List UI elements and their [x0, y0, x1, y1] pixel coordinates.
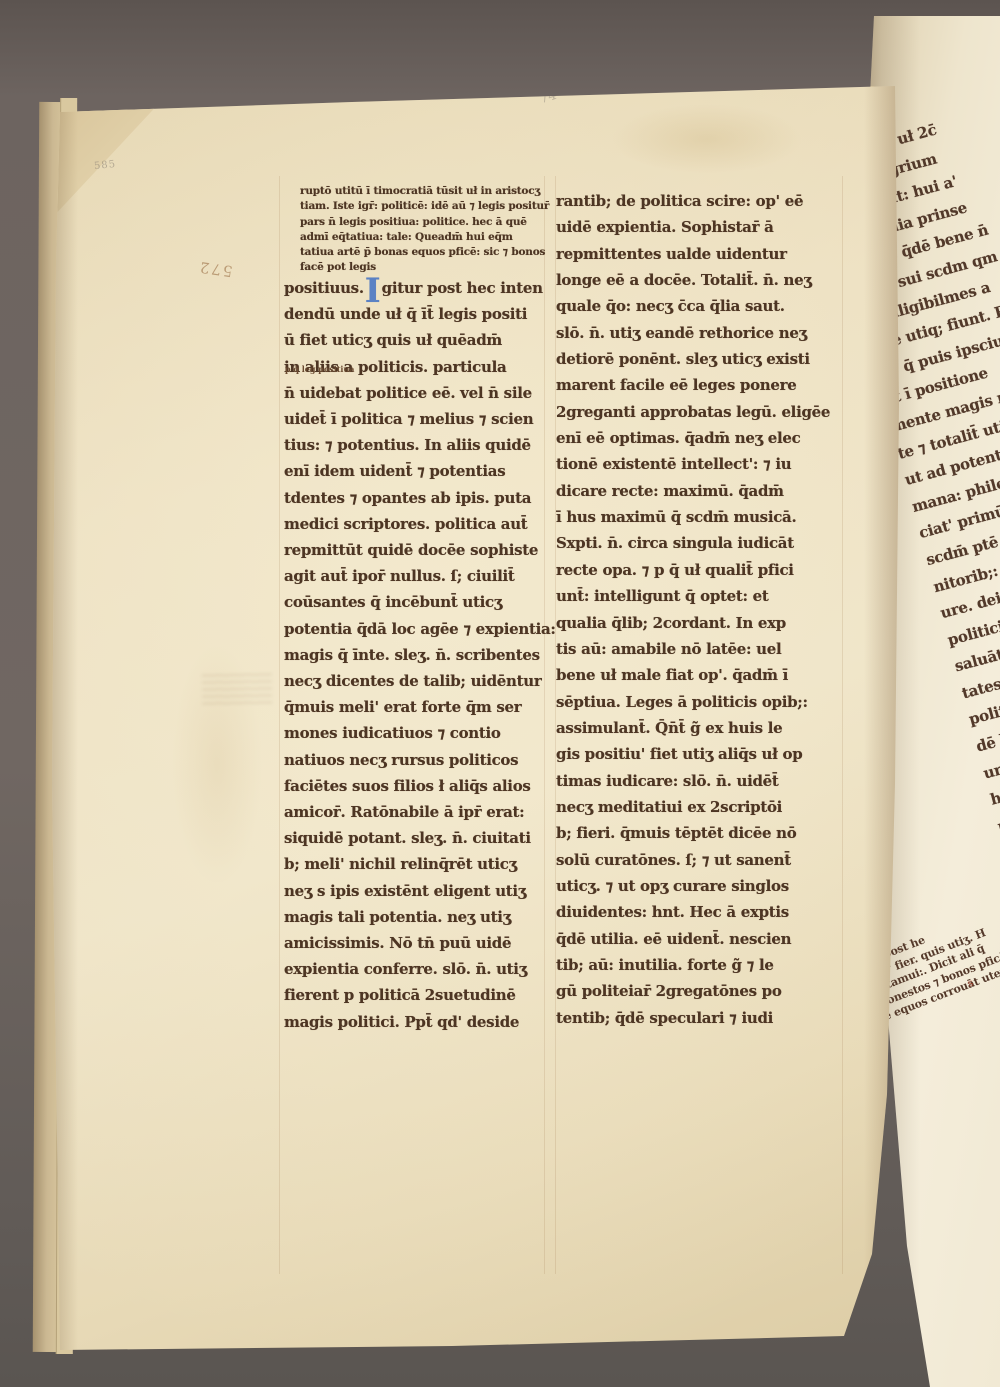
column1: positiuus.Igitur post hec inten dendū un…	[284, 275, 556, 1035]
text-line: q̄dē utilia. eē uident̄. nescien	[556, 926, 830, 952]
text-line: dendū unde uł q̄ īt̄ legis positi	[284, 301, 556, 327]
text-line: necʒ dicentes de talib; uidēntur	[284, 668, 556, 694]
text-line: longe eē a docēe. Totalit̄. n̄. neʒ	[556, 267, 830, 293]
text-line: amicor̄. Ratōnabile ā ipr̄ erat:	[284, 799, 556, 825]
initial-line-before: positiuus.	[284, 279, 364, 297]
parchment-stain	[612, 104, 802, 174]
text-line: magis q̄ īnte. sleʒ. n̄. scribentes	[284, 642, 556, 668]
text-line: ī hus maximū q̄ scdm̄ musicā.	[556, 504, 830, 530]
ink-showthrough	[202, 673, 273, 708]
folio-pencil-number: 74	[538, 88, 558, 107]
text-line: tatiua artē p̄ bonas equos pficē: sic ⁊ …	[300, 245, 549, 260]
text-line: uidet̄ ī politica ⁊ melius ⁊ scien	[284, 406, 556, 432]
text-line: rantib; de politica scire: op' eē	[556, 188, 830, 214]
text-line: slō. n̄. utiʒ eandē rethorice neʒ	[556, 320, 830, 346]
text-line: tdentes ⁊ opantes ab ipis. puta	[284, 485, 556, 511]
text-line: medici scriptores. politica aut̄	[284, 511, 556, 537]
text-line: coūsantes q̄ incēbunt̄ uticʒ	[284, 589, 556, 615]
text-line: necʒ meditatiui ex 2scriptōi	[556, 794, 830, 820]
text-line: diuidentes: hnt. Hec ā exptis	[556, 899, 830, 925]
text-line: Sxpti. n̄. circa singula iudicāt	[556, 530, 830, 556]
text-line: gū politeiar̄ 2gregatōnes po	[556, 978, 830, 1004]
text-line: solū curatōnes. ſ; ⁊ ut sanent̄	[556, 847, 830, 873]
main-folio: 585 572 74 ruptō utitū ī timocratiā tūsi…	[52, 84, 900, 1350]
text-line: b; meli' nichil relinq̄rēt uticʒ	[284, 851, 556, 877]
text-line: detiorē ponēnt. sleʒ uticʒ existi	[556, 346, 830, 372]
text-line: amicissimis. Nō tn̄ puū uidē	[284, 930, 556, 956]
text-line: q̄muis meli' erat forte q̄m ser	[284, 694, 556, 720]
text-line: neʒ s ipis existēnt eligent utiʒ	[284, 878, 556, 904]
text-line: tius: ⁊ potentius. In aliis quidē	[284, 432, 556, 458]
text-line: n̄ uidebat politice eē. vel n̄ sile	[284, 380, 556, 406]
text-line: ruptō utitū ī timocratiā tūsit uł in ari…	[300, 184, 549, 199]
text-line: bene uł male fiat op'. q̄adm̄ ī	[556, 662, 830, 688]
ruling-line	[842, 176, 843, 1274]
text-line-with-initial: positiuus.Igitur post hec inten	[284, 275, 556, 301]
corner-pencil-number: 585	[93, 159, 116, 172]
text-line: repmittentes ualde uidentur	[556, 241, 830, 267]
column1-lines: dendū unde uł q̄ īt̄ legis positiū fiet …	[284, 301, 556, 1035]
inverted-margin-number: 572	[197, 258, 234, 281]
text-line: tionē existentē intellect': ⁊ iu	[556, 451, 830, 477]
interlinear-gloss: p q̄ leḡ positiua	[285, 364, 354, 374]
text-line: natiuos necʒ rursus politicos	[284, 747, 556, 773]
text-line: facē pot legis	[300, 260, 549, 275]
text-line: magis tali potentia. neʒ utiʒ	[284, 904, 556, 930]
text-line: qualia q̄lib; 2cordant. In exp	[556, 610, 830, 636]
text-line: sēptiua. Leges ā politicis opib;:	[556, 689, 830, 715]
text-line: magis politici. Ppt̄ qd' deside	[284, 1009, 556, 1035]
text-line: faciētes suos filios ł aliq̄s alios	[284, 773, 556, 799]
text-line: expientia conferre. slō. n̄. utiʒ	[284, 956, 556, 982]
text-line: potentia q̄dā loc agēe ⁊ expientia:	[284, 616, 556, 642]
text-line: 2greganti approbatas legū. eligēe	[556, 399, 830, 425]
text-line: dicare recte: maximū. q̄adm̄	[556, 478, 830, 504]
column1-small-script: ruptō utitū ī timocratiā tūsit uł in ari…	[300, 184, 549, 276]
manuscript-photo: care q̄ bn̄ uł 2c̄qualis 2griumuncs erit…	[0, 0, 1000, 1387]
text-line: enī idem uident̄ ⁊ potentias	[284, 458, 556, 484]
text-line: tentib; q̄dē speculari ⁊ iudi	[556, 1005, 830, 1031]
initial-line-after: gitur post hec inten	[382, 279, 543, 297]
text-line: tib; aū: inutilia. forte g̃ ⁊ le	[556, 952, 830, 978]
text-line: repmittūt quidē docēe sophiste	[284, 537, 556, 563]
text-line: unt̄: intelligunt q̄ optet: et	[556, 583, 830, 609]
text-line: agit aut̄ ipor̄ nullus. ſ; ciuilit̄	[284, 563, 556, 589]
text-line: timas iudicare: slō. n̄. uidēt̄	[556, 768, 830, 794]
text-line: uidē expientia. Sophistar̄ ā	[556, 214, 830, 240]
text-line: fierent p politicā 2suetudinē	[284, 982, 556, 1008]
text-line: mones iudicatiuos ⁊ contio	[284, 720, 556, 746]
text-line: assimulant̄. Q̄n̄t̄ g̃ ex huis le	[556, 715, 830, 741]
text-line: recte opa. ⁊ p q̄ uł qualit̄ pfici	[556, 557, 830, 583]
text-line: ū fiet uticʒ quis uł quēadm̄	[284, 327, 556, 353]
text-line: pars n̄ legis positiua: politice. hec ā …	[300, 215, 549, 230]
text-line: uticʒ. ⁊ ut opʒ curare singlos	[556, 873, 830, 899]
text-line: admī eq̄tatiua: tale: Queadm̄ hui eq̄m	[300, 230, 549, 245]
text-line: siquidē potant. sleʒ. n̄. ciuitati	[284, 825, 556, 851]
text-line: tiam. Iste igr̄: politicē: idē aū ⁊ legi…	[300, 199, 549, 214]
column2: rantib; de politica scire: op' eēuidē ex…	[556, 188, 830, 1031]
text-line: tis aū: amabile nō latēe: uel	[556, 636, 830, 662]
page-right-shading	[864, 84, 900, 1350]
text-line: marent facile eē leges ponere	[556, 372, 830, 398]
text-line: gis positiu' fiet utiʒ aliq̄s uł op	[556, 741, 830, 767]
text-line: quale q̄o: necʒ c̄ca q̄lia saut.	[556, 293, 830, 319]
text-line: b; fieri. q̄muis tēptēt dicēe nō	[556, 820, 830, 846]
ruling-line	[279, 176, 280, 1274]
text-line: enī eē optimas. q̄adm̄ neʒ elec	[556, 425, 830, 451]
